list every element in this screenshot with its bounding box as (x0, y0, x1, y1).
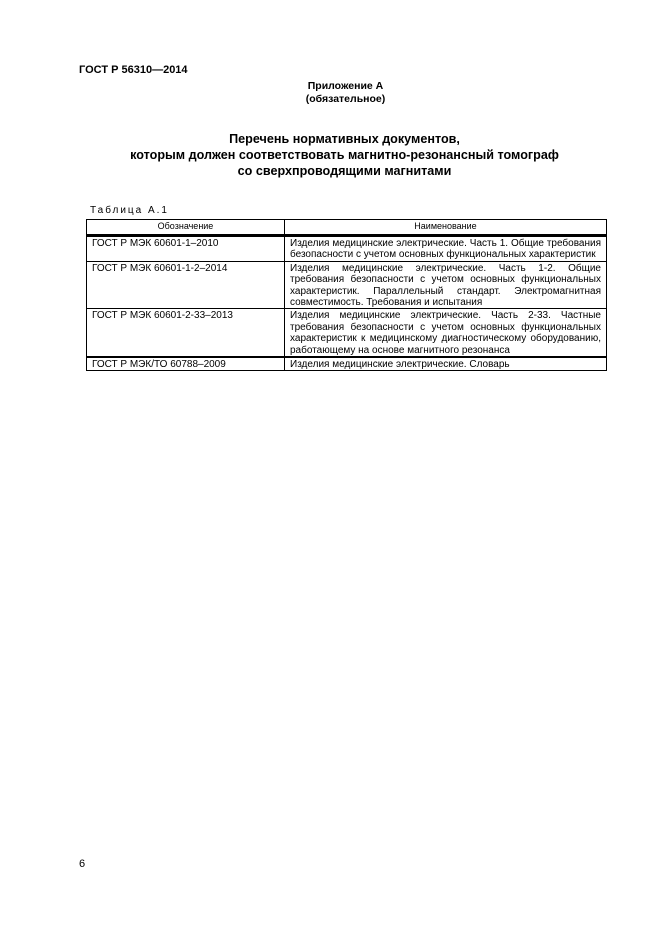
table-row: ГОСТ Р МЭК 60601-1-2–2014 Изделия медици… (87, 261, 607, 309)
document-name-cell: Изделия медицинские электрические. Часть… (285, 236, 607, 262)
table-header-row: Обозначение Наименование (87, 220, 607, 236)
title-line-2: которым должен соответствовать магнитно-… (28, 147, 661, 163)
table-row: ГОСТ Р МЭК/ТО 60788–2009 Изделия медицин… (87, 357, 607, 371)
document-code-cell: ГОСТ Р МЭК 60601-1–2010 (87, 236, 285, 262)
document-code-cell: ГОСТ Р МЭК 60601-1-2–2014 (87, 261, 285, 309)
document-code-cell: ГОСТ Р МЭК/ТО 60788–2009 (87, 357, 285, 371)
title-line-1: Перечень нормативных документов, (28, 131, 661, 147)
appendix-label: Приложение А (30, 80, 661, 93)
title-line-3: со сверхпроводящими магнитами (28, 163, 661, 179)
appendix-status: (обязательное) (30, 93, 661, 106)
column-header-name: Наименование (285, 220, 607, 236)
column-header-code: Обозначение (87, 220, 285, 236)
page-title: Перечень нормативных документов, которым… (0, 131, 661, 179)
document-name-cell: Изделия медицинские электрические. Часть… (285, 261, 607, 309)
table-caption: Таблица А.1 (90, 205, 169, 216)
table-row: ГОСТ Р МЭК 60601-2-33–2013 Изделия медиц… (87, 309, 607, 357)
appendix-heading: Приложение А (обязательное) (0, 80, 661, 106)
table-row: ГОСТ Р МЭК 60601-1–2010 Изделия медицинс… (87, 236, 607, 262)
document-code-cell: ГОСТ Р МЭК 60601-2-33–2013 (87, 309, 285, 357)
document-name-cell: Изделия медицинские электрические. Слова… (285, 357, 607, 371)
page-number: 6 (79, 858, 85, 870)
document-name-cell: Изделия медицинские электрические. Часть… (285, 309, 607, 357)
document-code: ГОСТ Р 56310—2014 (79, 64, 188, 76)
normative-documents-table: Обозначение Наименование ГОСТ Р МЭК 6060… (86, 219, 607, 371)
